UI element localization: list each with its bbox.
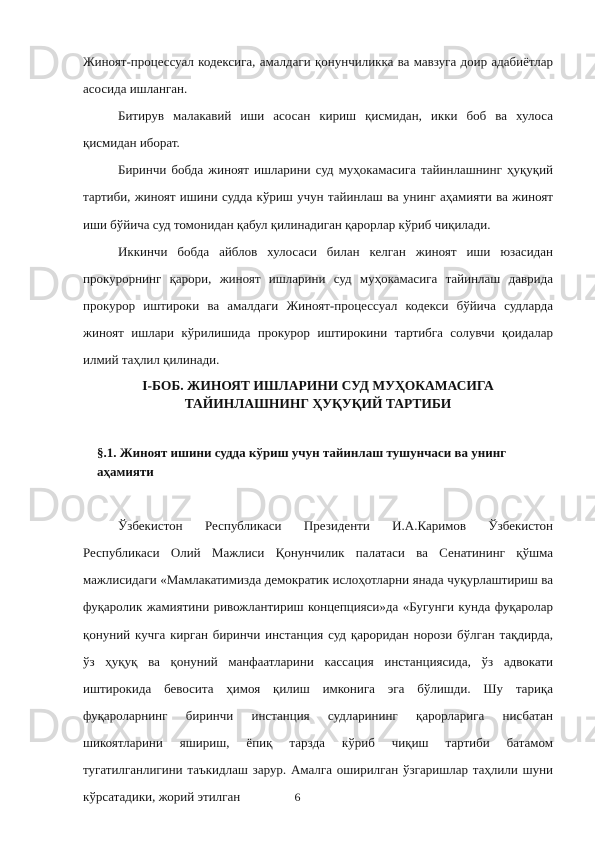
page-number: 6 [0,790,595,805]
body-paragraph: Ўзбекистон Республикаси Президенти И.А.К… [83,512,553,810]
body-paragraph: Битирув малакавий иши асосан кириш қисми… [83,102,553,156]
chapter-heading-line-2: ТАЙИНЛАШНИНГ ҲУҚУҚИЙ ТАРТИБИ [185,396,452,411]
body-paragraph: Биринчи бобда жиноят ишларини суд муҳока… [83,156,553,237]
document-page: Жиноят-процессуал кодексига, амалдаги қо… [83,48,553,810]
chapter-heading-line-1: I-БОБ. ЖИНОЯТ ИШЛАРИНИ СУД МУҲОКАМАСИГА [142,378,493,393]
body-paragraph: Иккинчи бобда айблов хулосаси билан келг… [83,238,553,373]
section-heading: §.1. Жиноят ишини судда кўриш учун тайин… [97,443,537,481]
chapter-heading: I-БОБ. ЖИНОЯТ ИШЛАРИНИ СУД МУҲОКАМАСИГА … [83,377,553,413]
body-paragraph: Жиноят-процессуал кодексига, амалдаги қо… [83,48,553,102]
